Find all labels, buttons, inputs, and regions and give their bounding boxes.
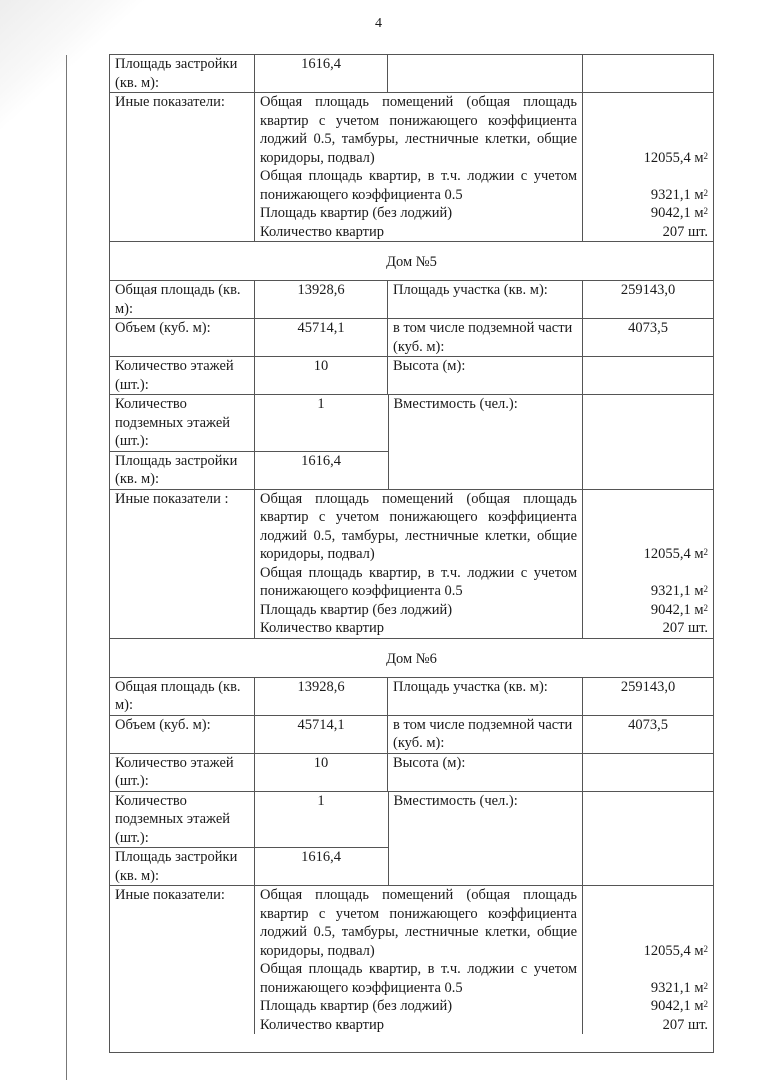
label-other-indicators: Иные показатели :	[110, 490, 255, 638]
value-height	[583, 357, 713, 394]
value-floors: 10	[255, 357, 388, 394]
other-indicators-values: 12055,4 м2 9321,1 м2 9042,1 м2 207 шт.	[583, 490, 713, 638]
label-building-area: Площадь застройки (кв. м):	[110, 452, 255, 489]
value-apartments-area-loggias: 9321,1 м	[651, 187, 704, 203]
other-indicators-text: Общая площадь помещений (общая площадь к…	[255, 886, 583, 1034]
value-total-premises-area: 12055,4 м	[644, 546, 704, 562]
house-title-row: Дом №5	[109, 242, 714, 281]
page-number: 4	[0, 16, 757, 32]
label-plot-area: Площадь участка (кв. м):	[388, 281, 583, 318]
indicator-line: Общая площадь квартир, в т.ч. лоджии с у…	[260, 960, 577, 997]
indicator-line: Площадь квартир (без лоджий)	[260, 601, 577, 620]
value-total-area: 13928,6	[255, 678, 388, 715]
label-building-area: Площадь застройки (кв. м):	[110, 55, 255, 92]
value-apartments-area-loggias: 9321,1 м	[651, 980, 704, 996]
label-capacity: Вместимость (чел.):	[389, 395, 584, 489]
label-underground-volume: в том числе подземной части (куб. м):	[388, 319, 583, 356]
label-underground-floors: Количество подземных этажей (шт.):	[110, 395, 255, 451]
indicator-line: Общая площадь помещений (общая площадь к…	[260, 490, 577, 564]
value-height	[583, 754, 713, 791]
value-volume: 45714,1	[255, 319, 388, 356]
value-total-premises-area: 12055,4 м	[644, 943, 704, 959]
label-building-area: Площадь застройки (кв. м):	[110, 848, 255, 885]
table-row-other-indicators: Иные показатели: Общая площадь помещений…	[109, 93, 714, 242]
value-total-premises-area: 12055,4 м	[644, 150, 704, 166]
table-row: Объем (куб. м): 45714,1 в том числе подз…	[109, 716, 714, 754]
house-title-row: Дом №6	[109, 639, 714, 678]
value-apartments-count: 207 шт.	[663, 223, 708, 242]
label-volume: Объем (куб. м):	[110, 716, 255, 753]
indicator-line: Количество квартир	[260, 223, 577, 242]
label-total-area: Общая площадь (кв. м):	[110, 281, 255, 318]
table-row-building-area: Площадь застройки (кв. м): 1616,4	[109, 54, 714, 93]
building-specs-table: Площадь застройки (кв. м): 1616,4 Иные п…	[109, 54, 714, 1053]
other-indicators-values: 12055,4 м2 9321,1 м2 9042,1 м2 207 шт.	[583, 886, 713, 1034]
value-total-area: 13928,6	[255, 281, 388, 318]
margin-line	[66, 55, 67, 1080]
label-other-indicators: Иные показатели:	[110, 93, 255, 241]
value-capacity	[583, 792, 713, 886]
value-building-area: 1616,4	[255, 848, 387, 885]
label-other-indicators: Иные показатели:	[110, 886, 255, 1034]
label-volume: Объем (куб. м):	[110, 319, 255, 356]
value-underground-floors: 1	[255, 395, 387, 451]
indicator-line: Общая площадь квартир, в т.ч. лоджии с у…	[260, 564, 577, 601]
empty-cell	[388, 55, 583, 92]
label-total-area: Общая площадь (кв. м):	[110, 678, 255, 715]
value-underground-floors: 1	[255, 792, 387, 848]
label-capacity: Вместимость (чел.):	[389, 792, 584, 886]
label-floors: Количество этажей (шт.):	[110, 357, 255, 394]
value-building-area: 1616,4	[255, 452, 387, 489]
value-apartments-area: 9042,1 м	[651, 205, 704, 221]
indicator-line: Площадь квартир (без лоджий)	[260, 204, 577, 223]
label-floors: Количество этажей (шт.):	[110, 754, 255, 791]
label-height: Высота (м):	[388, 357, 583, 394]
label-height: Высота (м):	[388, 754, 583, 791]
value-plot-area: 259143,0	[583, 281, 713, 318]
table-row: Общая площадь (кв. м): 13928,6 Площадь у…	[109, 281, 714, 319]
value-underground-volume: 4073,5	[583, 716, 713, 753]
table-row: Общая площадь (кв. м): 13928,6 Площадь у…	[109, 678, 714, 716]
value-apartments-area: 9042,1 м	[651, 602, 704, 618]
value-apartments-count: 207 шт.	[663, 619, 708, 638]
indicator-line: Общая площадь помещений (общая площадь к…	[260, 886, 577, 960]
value-apartments-area-loggias: 9321,1 м	[651, 583, 704, 599]
table-row: Объем (куб. м): 45714,1 в том числе подз…	[109, 319, 714, 357]
label-underground-volume: в том числе подземной части (куб. м):	[388, 716, 583, 753]
label-underground-floors: Количество подземных этажей (шт.):	[110, 792, 255, 848]
table-row-group: Количество подземных этажей (шт.): 1 Пло…	[109, 395, 714, 490]
value-plot-area: 259143,0	[583, 678, 713, 715]
table-row-group: Количество подземных этажей (шт.): 1 Пло…	[109, 792, 714, 887]
value-apartments-count: 207 шт.	[663, 1016, 708, 1035]
table-row-other-indicators: Иные показатели : Общая площадь помещени…	[109, 490, 714, 639]
indicator-line: Общая площадь квартир, в т.ч. лоджии с у…	[260, 167, 577, 204]
value-capacity	[583, 395, 713, 489]
label-plot-area: Площадь участка (кв. м):	[388, 678, 583, 715]
table-row: Количество этажей (шт.): 10 Высота (м):	[109, 754, 714, 792]
house-title: Дом №5	[110, 242, 713, 280]
other-indicators-text: Общая площадь помещений (общая площадь к…	[255, 93, 583, 241]
value-apartments-area: 9042,1 м	[651, 998, 704, 1014]
other-indicators-text: Общая площадь помещений (общая площадь к…	[255, 490, 583, 638]
house-title: Дом №6	[110, 639, 713, 677]
other-indicators-values: 12055,4 м2 9321,1 м2 9042,1 м2 207 шт.	[583, 93, 713, 241]
indicator-line: Площадь квартир (без лоджий)	[260, 997, 577, 1016]
table-row: Количество этажей (шт.): 10 Высота (м):	[109, 357, 714, 395]
table-row-other-indicators: Иные показатели: Общая площадь помещений…	[109, 886, 714, 1053]
indicator-line: Общая площадь помещений (общая площадь к…	[260, 93, 577, 167]
value-volume: 45714,1	[255, 716, 388, 753]
value-building-area: 1616,4	[255, 55, 388, 92]
indicator-line: Количество квартир	[260, 1016, 577, 1035]
empty-cell	[583, 55, 713, 92]
value-underground-volume: 4073,5	[583, 319, 713, 356]
indicator-line: Количество квартир	[260, 619, 577, 638]
value-floors: 10	[255, 754, 388, 791]
